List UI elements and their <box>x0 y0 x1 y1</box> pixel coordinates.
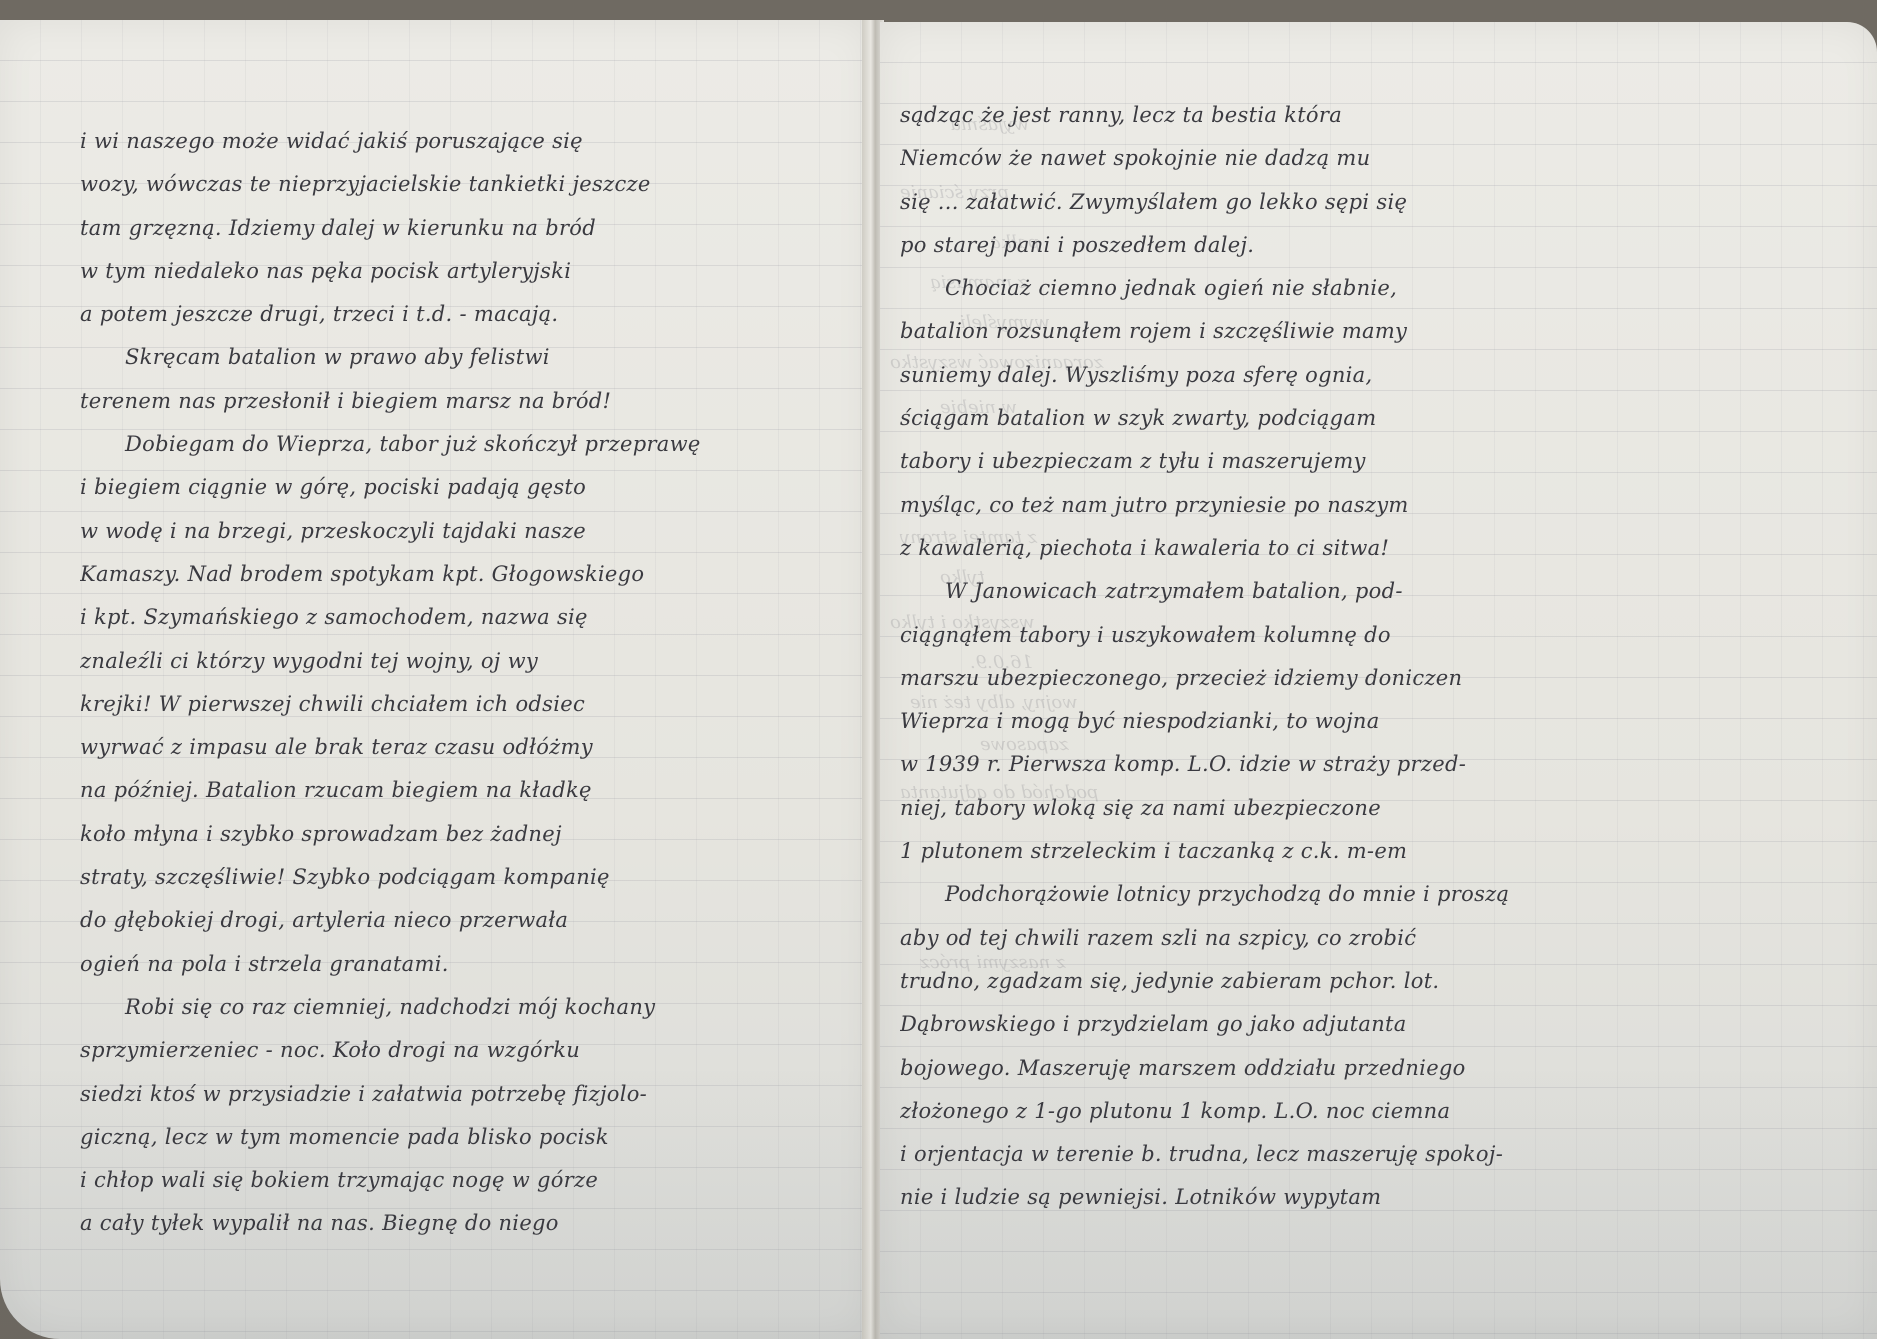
handwritten-line: batalion rozsunąłem rojem i szczęśliwie … <box>900 310 1870 353</box>
handwritten-line: ogień na pola i strzela granatami. <box>80 943 860 986</box>
handwritten-line: i kpt. Szymańskiego z samochodem, nazwa … <box>80 596 860 639</box>
handwritten-line: i chłop wali się bokiem trzymając nogę w… <box>80 1159 860 1202</box>
handwritten-line: myśląc, co też nam jutro przyniesie po n… <box>900 484 1870 527</box>
handwritten-line: W Janowicach zatrzymałem batalion, pod- <box>900 570 1870 613</box>
handwritten-line: giczną, lecz w tym momencie pada blisko … <box>80 1116 860 1159</box>
handwritten-line: Skręcam batalion w prawo aby felistwi <box>80 336 860 379</box>
handwritten-line: sprzymierzeniec - noc. Koło drogi na wzg… <box>80 1029 860 1072</box>
handwritten-line: a potem jeszcze drugi, trzeci i t.d. - m… <box>80 293 860 336</box>
handwritten-line: i wi naszego może widać jakiś poruszając… <box>80 120 860 163</box>
handwritten-line: sądząc że jest ranny, lecz ta bestia któ… <box>900 94 1870 137</box>
handwritten-line: tabory i ubezpieczam z tyłu i maszerujem… <box>900 440 1870 483</box>
handwritten-line: i orjentacja w terenie b. trudna, lecz m… <box>900 1133 1870 1176</box>
handwritten-line: a cały tyłek wypalił na nas. Biegnę do n… <box>80 1202 860 1245</box>
handwritten-line: znaleźli ci którzy wygodni tej wojny, oj… <box>80 640 860 683</box>
left-page: i wi naszego może widać jakiś poruszając… <box>0 20 870 1339</box>
handwritten-line: Podchorążowie lotnicy przychodzą do mnie… <box>900 873 1870 916</box>
handwritten-line: niej, tabory wloką się za nami ubezpiecz… <box>900 787 1870 830</box>
handwritten-line: trudno, zgadzam się, jedynie zabieram pc… <box>900 960 1870 1003</box>
right-page-text: sądząc że jest ranny, lecz ta bestia któ… <box>900 94 1870 1220</box>
handwritten-line: ściągam batalion w szyk zwarty, podciąga… <box>900 397 1870 440</box>
handwritten-line: z kawalerią, piechota i kawaleria to ci … <box>900 527 1870 570</box>
handwritten-line: na później. Batalion rzucam biegiem na k… <box>80 769 860 812</box>
handwritten-line: po starej pani i poszedłem dalej. <box>900 224 1870 267</box>
handwritten-line: siedzi ktoś w przysiadzie i załatwia pot… <box>80 1073 860 1116</box>
handwritten-line: suniemy dalej. Wyszliśmy poza sferę ogni… <box>900 354 1870 397</box>
handwritten-line: krejki! W pierwszej chwili chciałem ich … <box>80 683 860 726</box>
handwritten-line: 1 plutonem strzeleckim i taczanką z c.k.… <box>900 830 1870 873</box>
handwritten-line: w tym niedaleko nas pęka pocisk artylery… <box>80 250 860 293</box>
handwritten-line: się ... załatwić. Zwymyślałem go lekko s… <box>900 181 1870 224</box>
handwritten-line: Niemców że nawet spokojnie nie dadzą mu <box>900 137 1870 180</box>
handwritten-line: nie i ludzie są pewniejsi. Lotników wypy… <box>900 1176 1870 1219</box>
handwritten-line: Kamaszy. Nad brodem spotykam kpt. Głogow… <box>80 553 860 596</box>
handwritten-line: aby od tej chwili razem szli na szpicy, … <box>900 917 1870 960</box>
handwritten-line: ciągnąłem tabory i uszykowałem kolumnę d… <box>900 614 1870 657</box>
handwritten-line: Chociaż ciemno jednak ogień nie słabnie, <box>900 267 1870 310</box>
handwritten-line: złożonego z 1-go plutonu 1 komp. L.O. no… <box>900 1090 1870 1133</box>
handwritten-line: i biegiem ciągnie w górę, pociski padają… <box>80 466 860 509</box>
notebook-spread: i wi naszego może widać jakiś poruszając… <box>0 0 1877 1339</box>
handwritten-line: Dobiegam do Wieprza, tabor już skończył … <box>80 423 860 466</box>
handwritten-line: w wodę i na brzegi, przeskoczyli tajdaki… <box>80 510 860 553</box>
handwritten-line: marszu ubezpieczonego, przecież idziemy … <box>900 657 1870 700</box>
right-page: wyjaśnia przy ścianie pałka z mamusią wy… <box>880 22 1877 1339</box>
handwritten-line: Robi się co raz ciemniej, nadchodzi mój … <box>80 986 860 1029</box>
left-page-text: i wi naszego może widać jakiś poruszając… <box>80 120 860 1246</box>
handwritten-line: Wieprza i mogą być niespodzianki, to woj… <box>900 700 1870 743</box>
handwritten-line: terenem nas przesłonił i biegiem marsz n… <box>80 380 860 423</box>
handwritten-line: tam grzęzną. Idziemy dalej w kierunku na… <box>80 207 860 250</box>
handwritten-line: bojowego. Maszeruję marszem oddziału prz… <box>900 1047 1870 1090</box>
handwritten-line: koło młyna i szybko sprowadzam bez żadne… <box>80 813 860 856</box>
handwritten-line: wozy, wówczas te nieprzyjacielskie tanki… <box>80 163 860 206</box>
handwritten-line: do głębokiej drogi, artyleria nieco prze… <box>80 899 860 942</box>
handwritten-line: w 1939 r. Pierwsza komp. L.O. idzie w st… <box>900 743 1870 786</box>
handwritten-line: wyrwać z impasu ale brak teraz czasu odł… <box>80 726 860 769</box>
handwritten-line: Dąbrowskiego i przydzielam go jako adjut… <box>900 1003 1870 1046</box>
handwritten-line: straty, szczęśliwie! Szybko podciągam ko… <box>80 856 860 899</box>
